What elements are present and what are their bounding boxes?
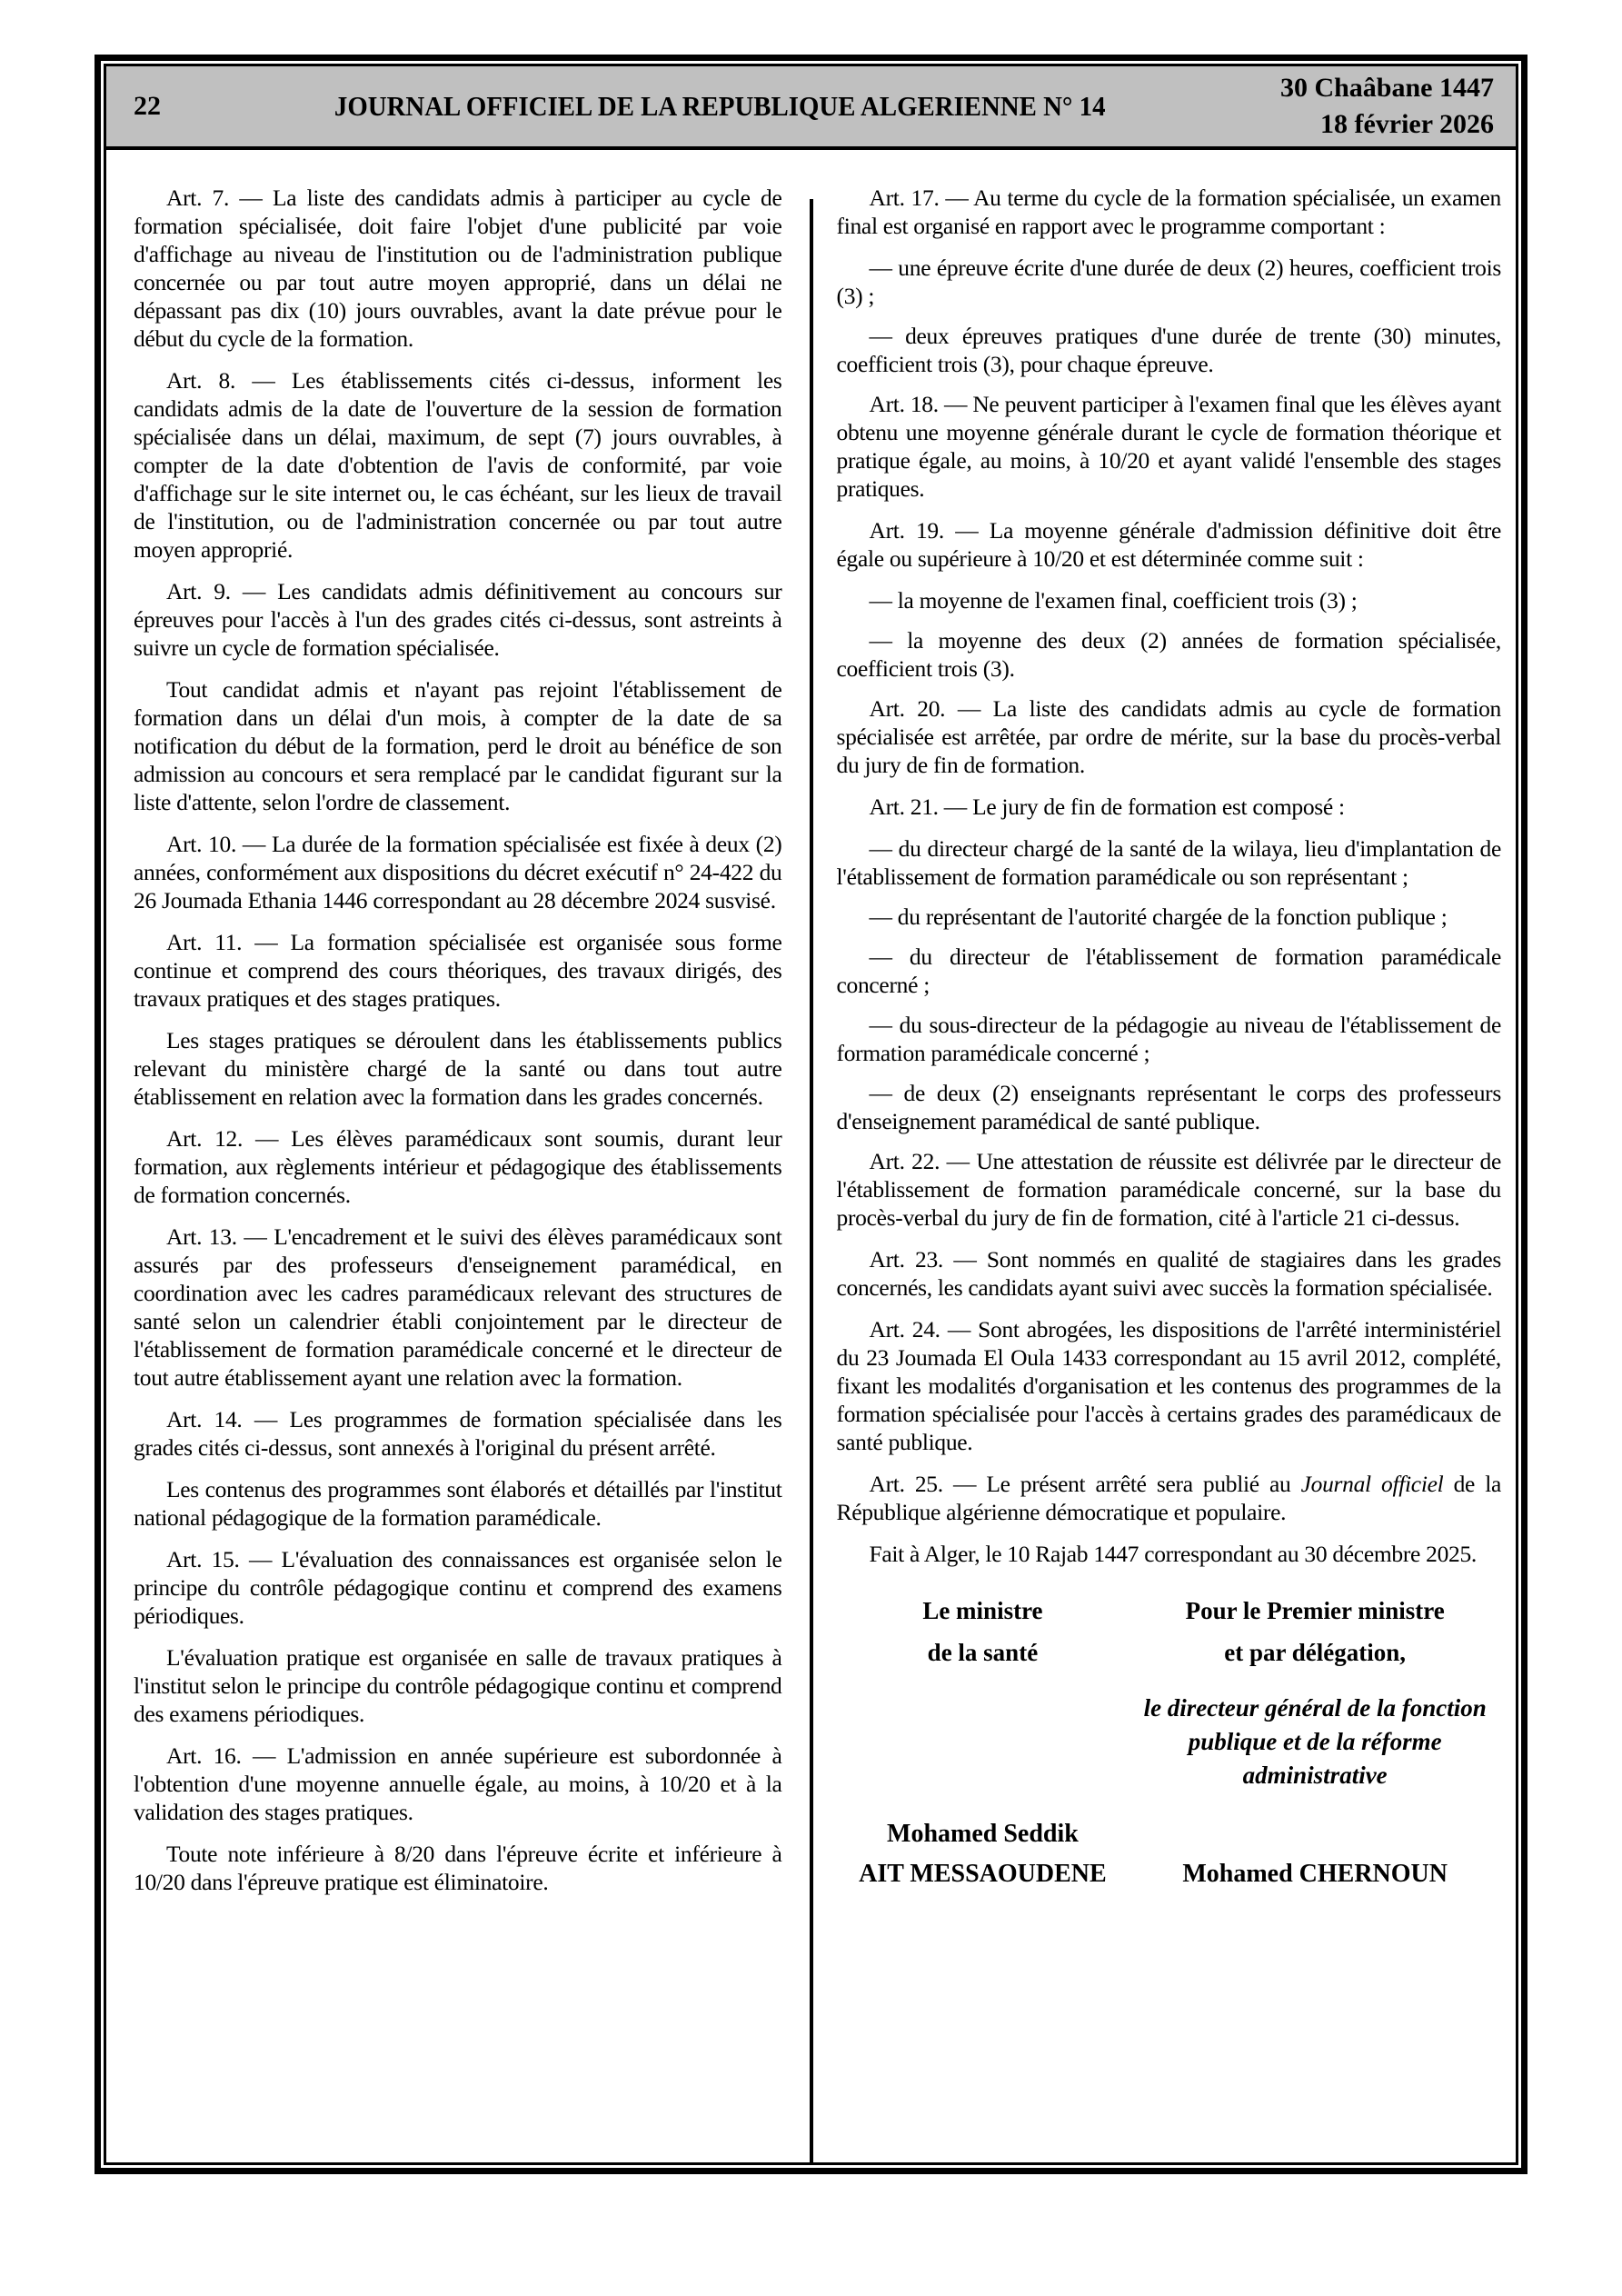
signature-block: Le ministre de la santé Pour le Premier … <box>837 1590 1502 1894</box>
text-segment: Toute note inférieure à 8/20 dans l'épre… <box>134 1841 782 1895</box>
text-segment: Art. 20. — La liste des candidats admis … <box>837 695 1502 778</box>
article-paragraph: Art. 19. — La moyenne générale d'admissi… <box>837 516 1502 573</box>
signer-name-line: Mohamed CHERNOUN <box>1129 1854 1501 1894</box>
signer-delegate-title: le directeur général de la fonction publ… <box>1129 1692 1501 1792</box>
article-paragraph: Art. 22. — Une attestation de réussite e… <box>837 1147 1502 1232</box>
text-segment: Art. 14. — Les programmes de formation s… <box>134 1406 782 1461</box>
text-segment: Les contenus des programmes sont élaboré… <box>134 1476 782 1531</box>
text-segment: Art. 25. — Le présent arrêté sera publié… <box>870 1471 1301 1497</box>
article-paragraph: Art. 21. — Le jury de fin de formation e… <box>837 793 1502 821</box>
signer-role-line: et par délégation, <box>1129 1632 1501 1673</box>
paragraph: Toute note inférieure à 8/20 dans l'épre… <box>134 1840 782 1896</box>
text-segment: Art. 17. — Au terme du cycle de la forma… <box>837 185 1502 239</box>
text-segment: Art. 11. — La formation spécialisée est … <box>134 929 782 1012</box>
page-frame: 22 JOURNAL OFFICIEL DE LA REPUBLIQUE ALG… <box>95 55 1527 2174</box>
article-paragraph: Art. 25. — Le présent arrêté sera publié… <box>837 1470 1502 1526</box>
journal-title: JOURNAL OFFICIEL DE LA REPUBLIQUE ALGERI… <box>224 90 1216 123</box>
article-paragraph: Art. 24. — Sont abrogées, les dispositio… <box>837 1315 1502 1456</box>
right-column: Art. 17. — Au terme du cycle de la forma… <box>811 150 1517 2162</box>
text-segment: Fait à Alger, le 10 Rajab 1447 correspon… <box>870 1541 1478 1567</box>
bullet-paragraph: — une épreuve écrite d'une durée de deux… <box>837 254 1502 310</box>
text-segment: Art. 16. — L'admission en année supérieu… <box>134 1742 782 1825</box>
masthead-dates: 30 Chaâbane 1447 18 février 2026 <box>1216 70 1516 143</box>
article-paragraph: Art. 8. — Les établissements cités ci-de… <box>134 366 782 564</box>
text-segment: — deux épreuves pratiques d'une durée de… <box>837 323 1502 377</box>
signer-role-line: de la santé <box>837 1632 1129 1673</box>
signer-role-line: Pour le Premier ministre <box>1129 1590 1501 1632</box>
text-segment: Art. 13. — L'encadrement et le suivi des… <box>134 1223 782 1391</box>
text-segment: — de deux (2) enseignants représentant l… <box>837 1080 1502 1134</box>
date-hijri: 30 Chaâbane 1447 <box>1216 70 1494 106</box>
paragraph: Les stages pratiques se déroulent dans l… <box>134 1026 782 1111</box>
bullet-paragraph: — du sous-directeur de la pédagogie au n… <box>837 1011 1502 1067</box>
paragraph: L'évaluation pratique est organisée en s… <box>134 1643 782 1728</box>
date-gregorian: 18 février 2026 <box>1216 106 1494 143</box>
article-body: Art. 7. — La liste des candidats admis à… <box>106 150 1516 2162</box>
text-segment: — du sous-directeur de la pédagogie au n… <box>837 1012 1502 1066</box>
bullet-paragraph: — deux épreuves pratiques d'une durée de… <box>837 322 1502 378</box>
bullet-paragraph: — du directeur chargé de la santé de la … <box>837 834 1502 891</box>
text-segment: Art. 15. — L'évaluation des connaissance… <box>134 1546 782 1629</box>
left-column: Art. 7. — La liste des candidats admis à… <box>106 150 811 2162</box>
article-paragraph: Art. 11. — La formation spécialisée est … <box>134 928 782 1013</box>
bullet-paragraph: — de deux (2) enseignants représentant l… <box>837 1079 1502 1135</box>
article-paragraph: Art. 9. — Les candidats admis définitive… <box>134 577 782 662</box>
article-paragraph: Art. 12. — Les élèves paramédicaux sont … <box>134 1124 782 1209</box>
text-segment: Art. 12. — Les élèves paramédicaux sont … <box>134 1125 782 1208</box>
bullet-paragraph: — la moyenne des deux (2) années de form… <box>837 626 1502 683</box>
signer-role-premier-delegation: Pour le Premier ministre et par délégati… <box>1129 1590 1501 1673</box>
article-paragraph: Art. 13. — L'encadrement et le suivi des… <box>134 1223 782 1392</box>
text-segment: — du directeur de l'établissement de for… <box>837 943 1502 998</box>
text-segment: Les stages pratiques se déroulent dans l… <box>134 1027 782 1110</box>
paragraph: Les contenus des programmes sont élaboré… <box>134 1475 782 1532</box>
masthead: 22 JOURNAL OFFICIEL DE LA REPUBLIQUE ALG… <box>106 66 1516 150</box>
signer-role-line: Le ministre <box>837 1590 1129 1632</box>
article-paragraph: Art. 20. — La liste des candidats admis … <box>837 694 1502 779</box>
text-segment: Art. 9. — Les candidats admis définitive… <box>134 578 782 661</box>
text-segment: Art. 8. — Les établissements cités ci-de… <box>134 367 782 563</box>
article-paragraph: Fait à Alger, le 10 Rajab 1447 correspon… <box>837 1540 1502 1568</box>
delegate-title-line: administrative <box>1129 1759 1501 1792</box>
right-column-paragraphs: Art. 17. — Au terme du cycle de la forma… <box>837 184 1502 1568</box>
article-paragraph: Art. 16. — L'admission en année supérieu… <box>134 1742 782 1826</box>
text-segment: Journal officiel <box>1301 1471 1444 1497</box>
signer-name-line: Mohamed Seddik <box>837 1814 1129 1854</box>
article-paragraph: Art. 15. — L'évaluation des connaissance… <box>134 1545 782 1630</box>
paragraph: Tout candidat admis et n'ayant pas rejoi… <box>134 675 782 816</box>
text-segment: Tout candidat admis et n'ayant pas rejoi… <box>134 676 782 815</box>
bullet-paragraph: — du directeur de l'établissement de for… <box>837 943 1502 999</box>
text-segment: Art. 19. — La moyenne générale d'admissi… <box>837 517 1502 572</box>
signer-name-delegate: Mohamed CHERNOUN <box>1129 1854 1501 1894</box>
text-segment: — la moyenne de l'examen final, coeffici… <box>870 587 1358 614</box>
article-paragraph: Art. 18. — Ne peuvent participer à l'exa… <box>837 390 1502 503</box>
page-frame-inner: 22 JOURNAL OFFICIEL DE LA REPUBLIQUE ALG… <box>104 64 1518 2165</box>
text-segment: L'évaluation pratique est organisée en s… <box>134 1644 782 1727</box>
article-paragraph: Art. 10. — La durée de la formation spéc… <box>134 830 782 914</box>
delegate-title-line: le directeur général de la fonction <box>1129 1692 1501 1725</box>
text-segment: Art. 24. — Sont abrogées, les dispositio… <box>837 1316 1502 1455</box>
signer-name-line: AIT MESSAOUDENE <box>837 1854 1129 1894</box>
text-segment: — la moyenne des deux (2) années de form… <box>837 627 1502 682</box>
text-segment: Art. 22. — Une attestation de réussite e… <box>837 1148 1502 1231</box>
text-segment: Art. 7. — La liste des candidats admis à… <box>134 185 782 352</box>
bullet-paragraph: — du représentant de l'autorité chargée … <box>837 903 1502 931</box>
journal-title-text: JOURNAL OFFICIEL DE LA REPUBLIQUE ALGERI… <box>334 90 1106 123</box>
signer-name-minister: Mohamed Seddik AIT MESSAOUDENE <box>837 1814 1129 1894</box>
text-segment: — du directeur chargé de la santé de la … <box>837 835 1502 890</box>
text-segment: Art. 18. — Ne peuvent participer à l'exa… <box>837 391 1502 502</box>
text-segment: Art. 23. — Sont nommés en qualité de sta… <box>837 1246 1502 1301</box>
bullet-paragraph: — la moyenne de l'examen final, coeffici… <box>837 586 1502 614</box>
left-column-paragraphs: Art. 7. — La liste des candidats admis à… <box>134 184 782 1896</box>
signer-role-minister: Le ministre de la santé <box>837 1590 1129 1673</box>
article-paragraph: Art. 23. — Sont nommés en qualité de sta… <box>837 1245 1502 1302</box>
text-segment: Art. 10. — La durée de la formation spéc… <box>134 831 782 913</box>
text-segment: — une épreuve écrite d'une durée de deux… <box>837 255 1502 309</box>
text-segment: — du représentant de l'autorité chargée … <box>870 903 1448 930</box>
page-number: 22 <box>106 91 224 122</box>
delegate-title-line: publique et de la réforme <box>1129 1725 1501 1759</box>
article-paragraph: Art. 17. — Au terme du cycle de la forma… <box>837 184 1502 240</box>
text-segment: Art. 21. — Le jury de fin de formation e… <box>870 794 1345 820</box>
article-paragraph: Art. 14. — Les programmes de formation s… <box>134 1405 782 1462</box>
article-paragraph: Art. 7. — La liste des candidats admis à… <box>134 184 782 353</box>
